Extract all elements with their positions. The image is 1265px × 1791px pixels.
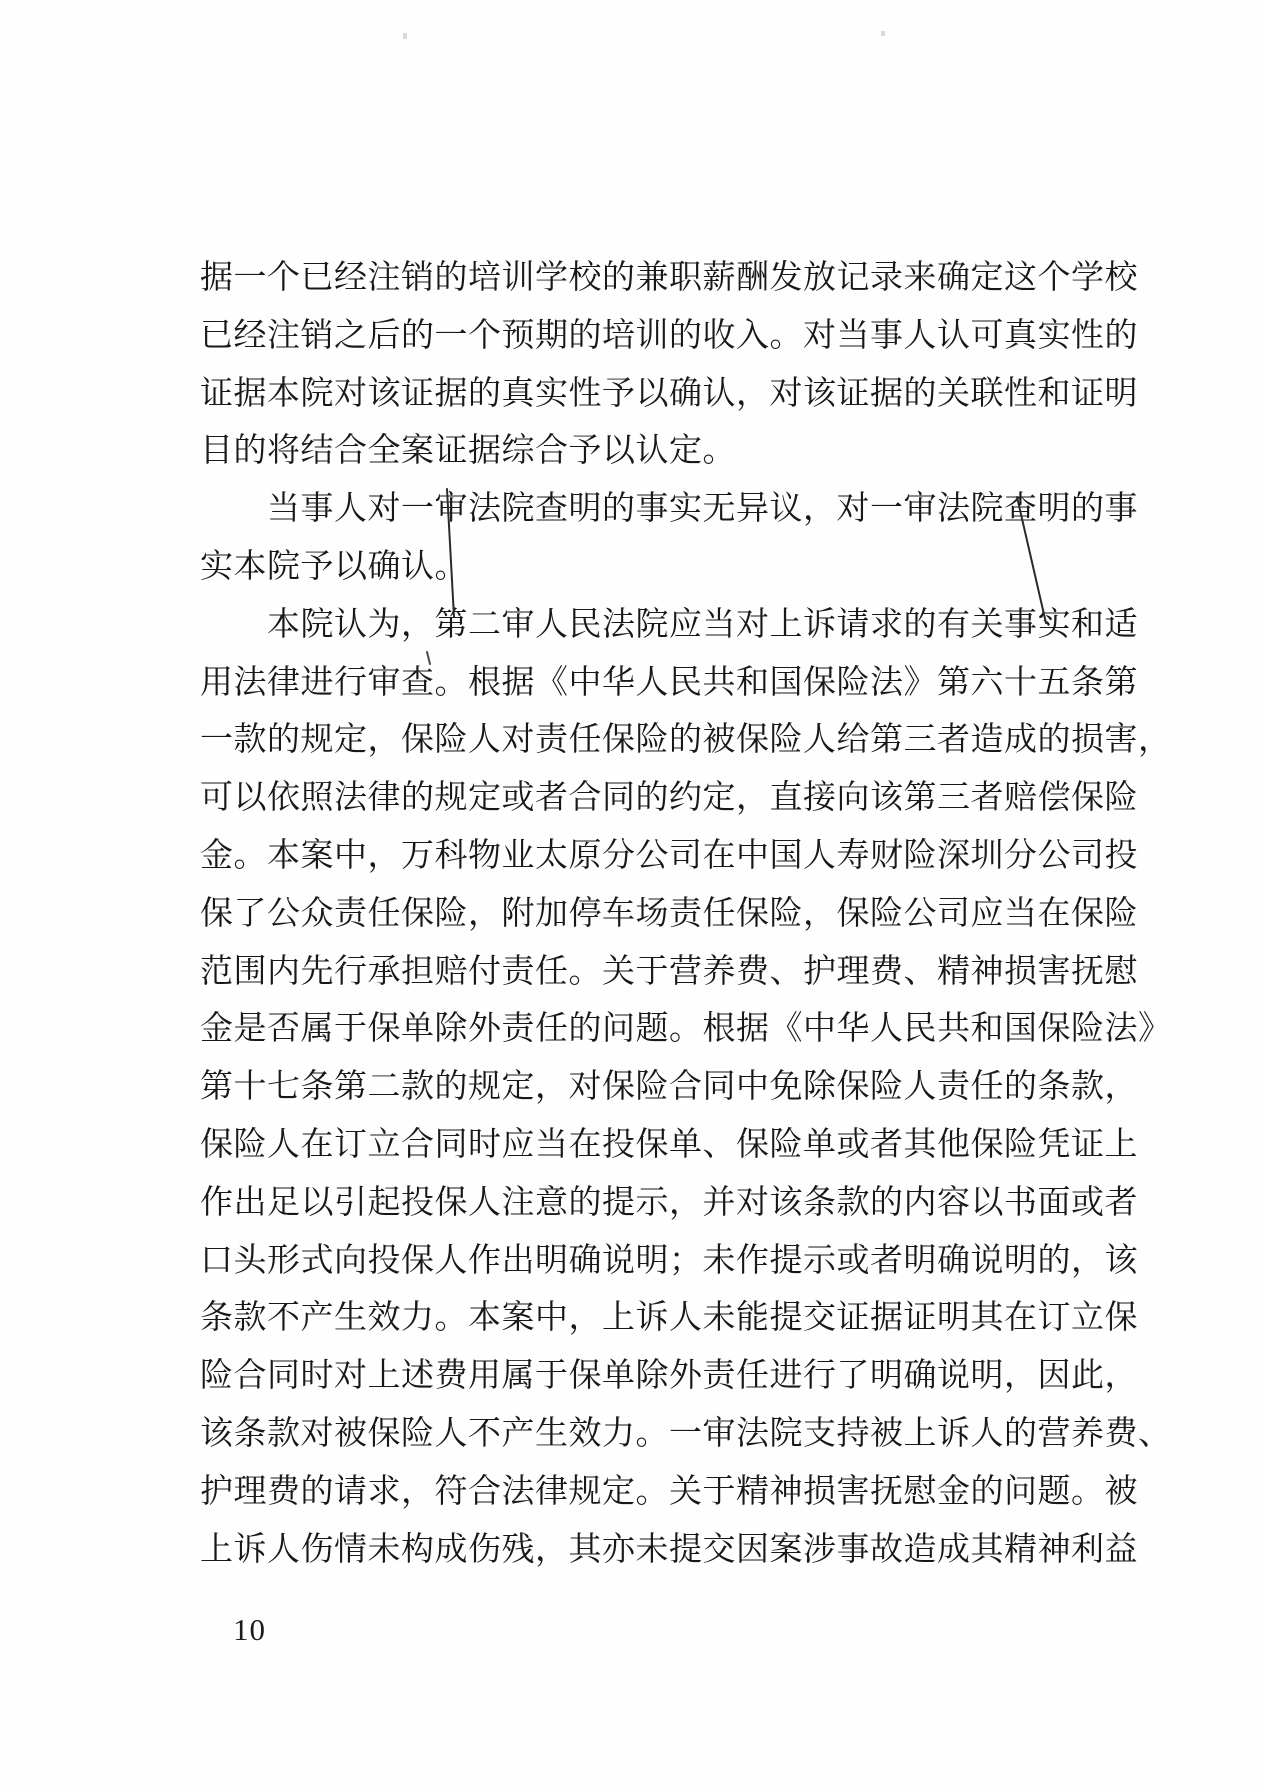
text-line: 一款的规定，保险人对责任保险的被保险人给第三者造成的损害， [200, 712, 1160, 770]
text-line: 据一个已经注销的培训学校的兼职薪酬发放记录来确定这个学校 [200, 250, 1160, 308]
text-line: 第十七条第二款的规定，对保险合同中免除保险人责任的条款， [200, 1059, 1160, 1117]
text-line: 作出足以引起投保人注意的提示，并对该条款的内容以书面或者 [200, 1175, 1160, 1233]
text-line: 可以依照法律的规定或者合同的约定，直接向该第三者赔偿保险 [200, 770, 1160, 828]
text-line: 该条款对被保险人不产生效力。一审法院支持被上诉人的营养费、 [200, 1406, 1160, 1464]
text-line: 用法律进行审查。根据《中华人民共和国保险法》第六十五条第 [200, 655, 1160, 713]
text-line: 已经注销之后的一个预期的培训的收入。对当事人认可真实性的 [200, 308, 1160, 366]
page-number: 10 [233, 1612, 266, 1648]
text-line: 证据本院对该证据的真实性予以确认，对该证据的关联性和证明 [200, 366, 1160, 424]
text-line: 范围内先行承担赔付责任。关于营养费、护理费、精神损害抚慰 [200, 944, 1160, 1002]
text-line: 上诉人伤情未构成伤残，其亦未提交因案涉事故造成其精神利益 [200, 1522, 1160, 1580]
text-line: 保险人在订立合同时应当在投保单、保险单或者其他保险凭证上 [200, 1117, 1160, 1175]
text-line: 本院认为，第二审人民法院应当对上诉请求的有关事实和适 [200, 597, 1160, 655]
text-line: 金是否属于保单除外责任的问题。根据《中华人民共和国保险法》 [200, 1001, 1160, 1059]
document-page: 据一个已经注销的培训学校的兼职薪酬发放记录来确定这个学校 已经注销之后的一个预期… [0, 0, 1265, 1791]
text-line: 险合同时对上述费用属于保单除外责任进行了明确说明，因此， [200, 1348, 1160, 1406]
text-line: 保了公众责任保险，附加停车场责任保险，保险公司应当在保险 [200, 886, 1160, 944]
scan-speck [881, 31, 885, 36]
text-line: 条款不产生效力。本案中，上诉人未能提交证据证明其在订立保 [200, 1290, 1160, 1348]
text-line: 口头形式向投保人作出明确说明；未作提示或者明确说明的，该 [200, 1233, 1160, 1291]
judgment-text-block: 据一个已经注销的培训学校的兼职薪酬发放记录来确定这个学校 已经注销之后的一个预期… [200, 250, 1160, 1579]
text-line: 目的将结合全案证据综合予以认定。 [200, 423, 1160, 481]
scan-speck [403, 33, 407, 39]
text-line: 护理费的请求，符合法律规定。关于精神损害抚慰金的问题。被 [200, 1464, 1160, 1522]
text-line: 实本院予以确认。 [200, 539, 1160, 597]
text-line: 当事人对一审法院查明的事实无异议，对一审法院查明的事 [200, 481, 1160, 539]
text-line: 金。本案中，万科物业太原分公司在中国人寿财险深圳分公司投 [200, 828, 1160, 886]
